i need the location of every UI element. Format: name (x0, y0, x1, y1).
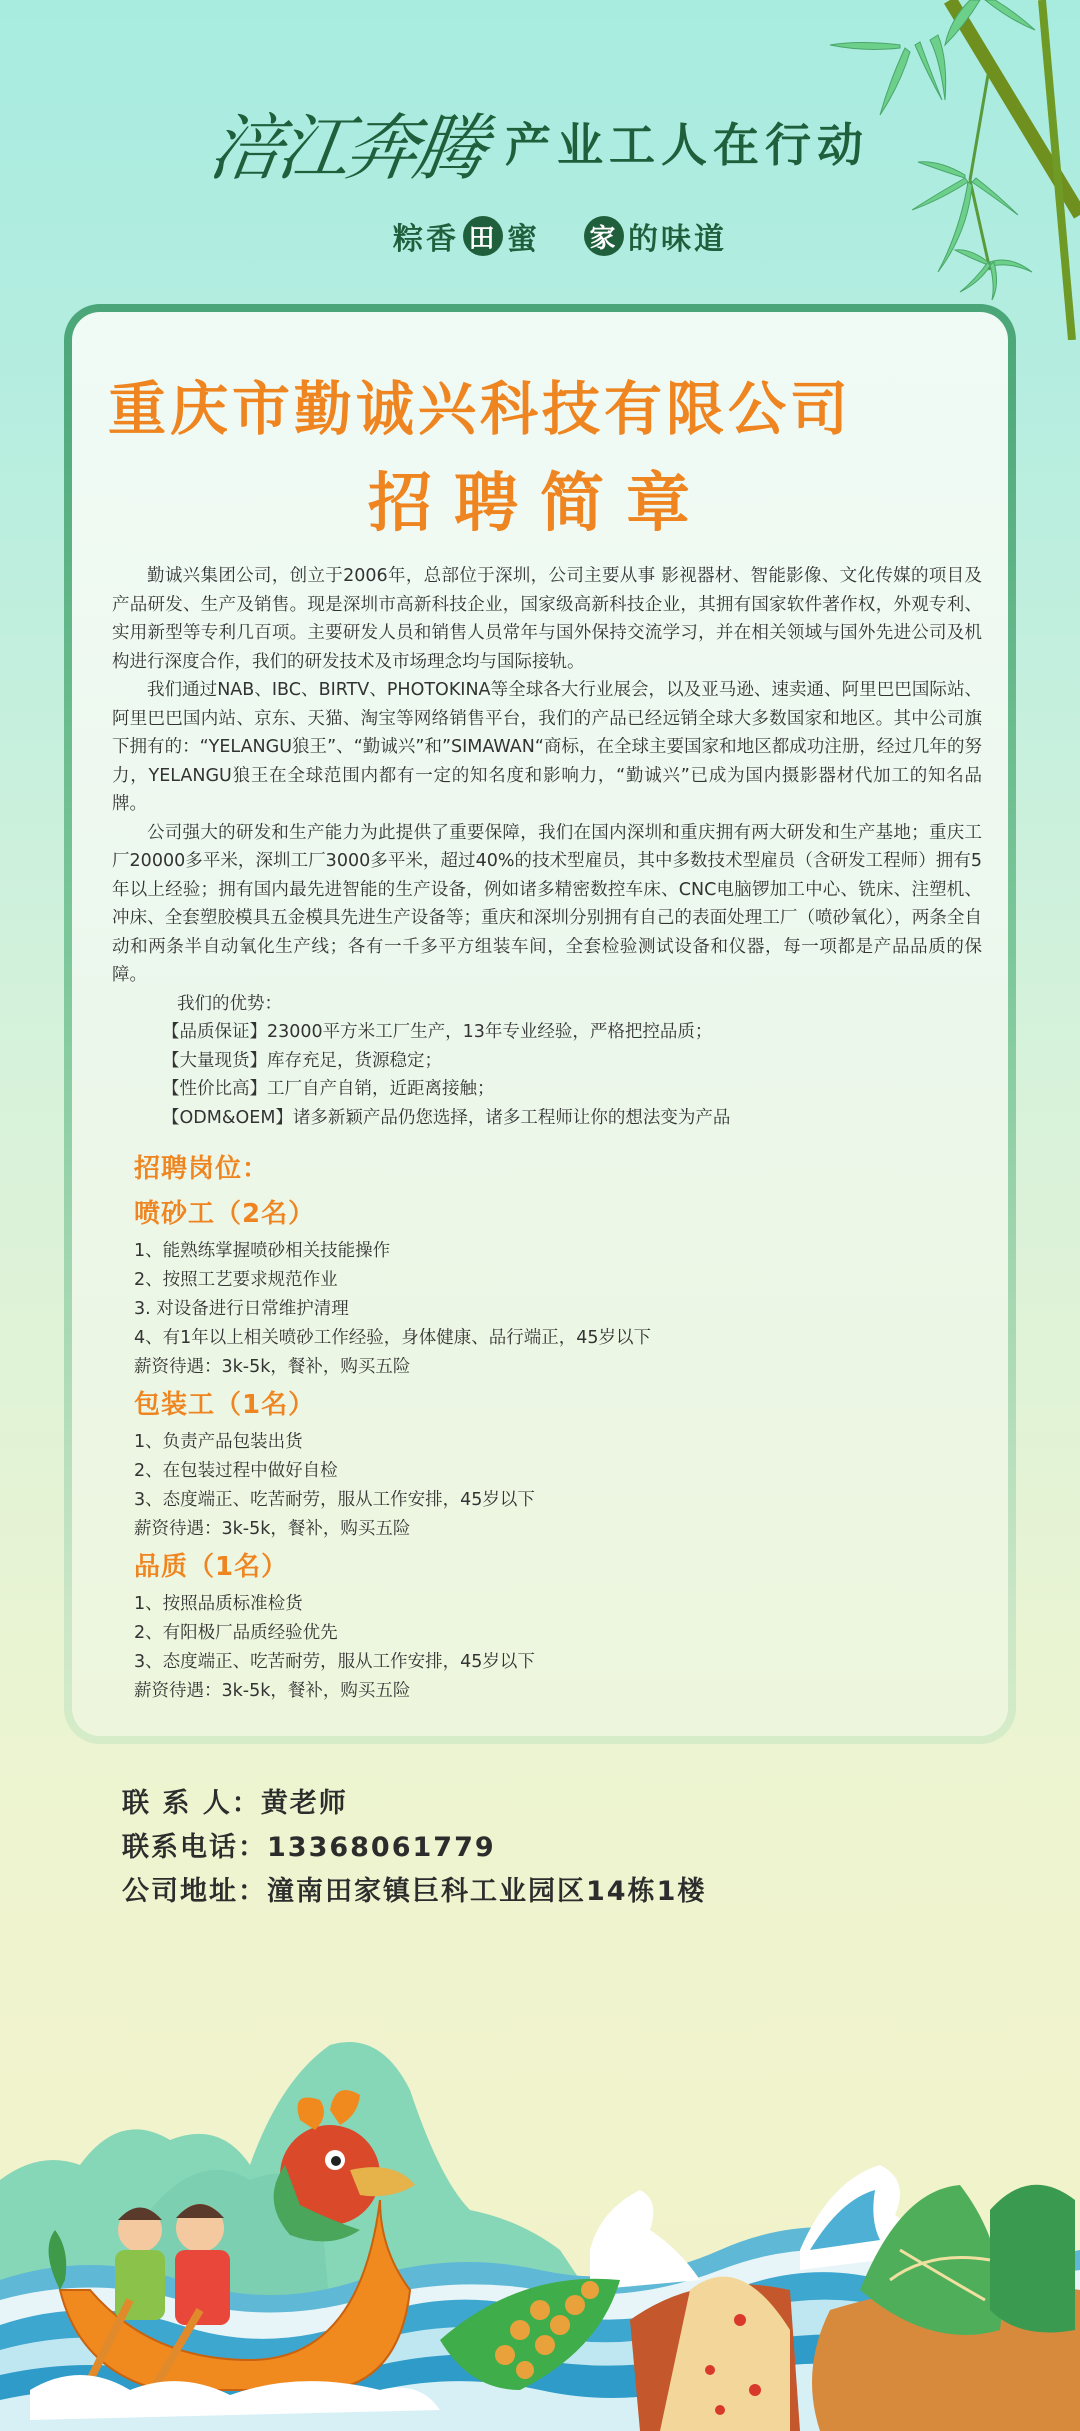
position-title: 喷砂工（2名） (134, 1191, 954, 1237)
position-line: 1、按照品质标准检货 (134, 1590, 954, 1619)
intro-paragraph: 公司强大的研发和生产能力为此提供了重要保障，我们在国内深圳和重庆拥有两大研发和生… (112, 819, 982, 990)
intro-paragraph: 勤诚兴集团公司，创立于2006年，总部位于深圳，公司主要从事 影视器材、智能影像… (112, 562, 982, 676)
advantage-item: 【大量现货】库存充足，货源稳定； (112, 1047, 982, 1076)
slogan-main: 产业工人在行动 (505, 109, 869, 175)
slogan-circle-tian: 田 (463, 216, 503, 256)
position-line: 3、态度端正、吃苦耐劳，服从工作安排，45岁以下 (134, 1486, 954, 1515)
slogan-sub: 粽香 田 蜜 家 的味道 (0, 214, 1080, 258)
position-line: 3. 对设备进行日常维护清理 (134, 1295, 954, 1324)
calligraphy-title: 涪江奔腾 (204, 90, 491, 194)
contact-phone[interactable]: 13368061779 (267, 1832, 496, 1863)
position-salary: 薪资待遇：3k-5k，餐补，购买五险 (134, 1515, 954, 1544)
contact-address-row: 公司地址：潼南田家镇巨科工业园区14栋1楼 (122, 1870, 706, 1914)
advantage-item: 【品质保证】23000平方米工厂生产，13年专业经验，严格把控品质； (112, 1018, 982, 1047)
slogan-sub-part2: 蜜 (507, 214, 540, 258)
contact-person-row: 联 系 人：黄老师 (122, 1782, 706, 1826)
position-line: 2、在包装过程中做好自检 (134, 1457, 954, 1486)
position-salary: 薪资待遇：3k-5k，餐补，购买五险 (134, 1677, 954, 1706)
advantage-item: 【性价比高】工厂自产自销，近距离接触； (112, 1075, 982, 1104)
slogan-sub-part1: 粽香 (393, 214, 459, 258)
position-quality: 品质（1名） 1、按照品质标准检货 2、有阳极厂品质经验优先 3、态度端正、吃苦… (134, 1544, 954, 1706)
advantage-item: 【ODM&OEM】诸多新颖产品仍您选择，诸多工程师让你的想法变为产品 (112, 1104, 982, 1133)
slogan-sub-part3: 的味道 (628, 214, 727, 258)
position-title: 品质（1名） (134, 1544, 954, 1590)
position-line: 3、态度端正、吃苦耐劳，服从工作安排，45岁以下 (134, 1648, 954, 1677)
position-packer: 包装工（1名） 1、负责产品包装出货 2、在包装过程中做好自检 3、态度端正、吃… (134, 1382, 954, 1544)
positions-section: 招聘岗位： 喷砂工（2名） 1、能熟练掌握喷砂相关技能操作 2、按照工艺要求规范… (134, 1147, 954, 1706)
contact-info: 联 系 人：黄老师 联系电话：13368061779 公司地址：潼南田家镇巨科工… (122, 1782, 706, 1914)
intro-paragraph: 我们通过NAB、IBC、BIRTV、PHOTOKINA等全球各大行业展会，以及亚… (112, 676, 982, 819)
header-banner: 涪江奔腾 产业工人在行动 粽香 田 蜜 家 的味道 (0, 90, 1080, 258)
position-line: 4、有1年以上相关喷砂工作经验，身体健康、品行端正，45岁以下 (134, 1324, 954, 1353)
contact-phone-label: 联系电话： (122, 1832, 267, 1863)
contact-phone-row: 联系电话：13368061779 (122, 1826, 706, 1870)
recruitment-card: 重庆市勤诚兴科技有限公司 招聘简章 勤诚兴集团公司，创立于2006年，总部位于深… (64, 304, 1016, 1744)
contact-address: 潼南田家镇巨科工业园区14栋1楼 (267, 1876, 706, 1907)
position-salary: 薪资待遇：3k-5k，餐补，购买五险 (134, 1353, 954, 1382)
contact-person-label: 联 系 人： (122, 1788, 261, 1819)
contact-address-label: 公司地址： (122, 1876, 267, 1907)
position-line: 1、负责产品包装出货 (134, 1428, 954, 1457)
company-name: 重庆市勤诚兴科技有限公司 (72, 362, 1008, 446)
position-sandblaster: 喷砂工（2名） 1、能熟练掌握喷砂相关技能操作 2、按照工艺要求规范作业 3. … (134, 1191, 954, 1382)
position-line: 2、有阳极厂品质经验优先 (134, 1619, 954, 1648)
positions-heading: 招聘岗位： (134, 1147, 954, 1191)
contact-person: 黄老师 (261, 1788, 348, 1819)
position-title: 包装工（1名） (134, 1382, 954, 1428)
position-line: 2、按照工艺要求规范作业 (134, 1266, 954, 1295)
doc-title: 招聘简章 (72, 452, 1008, 544)
slogan-circle-jia: 家 (584, 216, 624, 256)
position-line: 1、能熟练掌握喷砂相关技能操作 (134, 1237, 954, 1266)
dragon-boat-illustration (0, 1950, 1080, 2431)
company-intro: 勤诚兴集团公司，创立于2006年，总部位于深圳，公司主要从事 影视器材、智能影像… (112, 562, 982, 1132)
advantages-title: 我们的优势： (112, 990, 982, 1019)
